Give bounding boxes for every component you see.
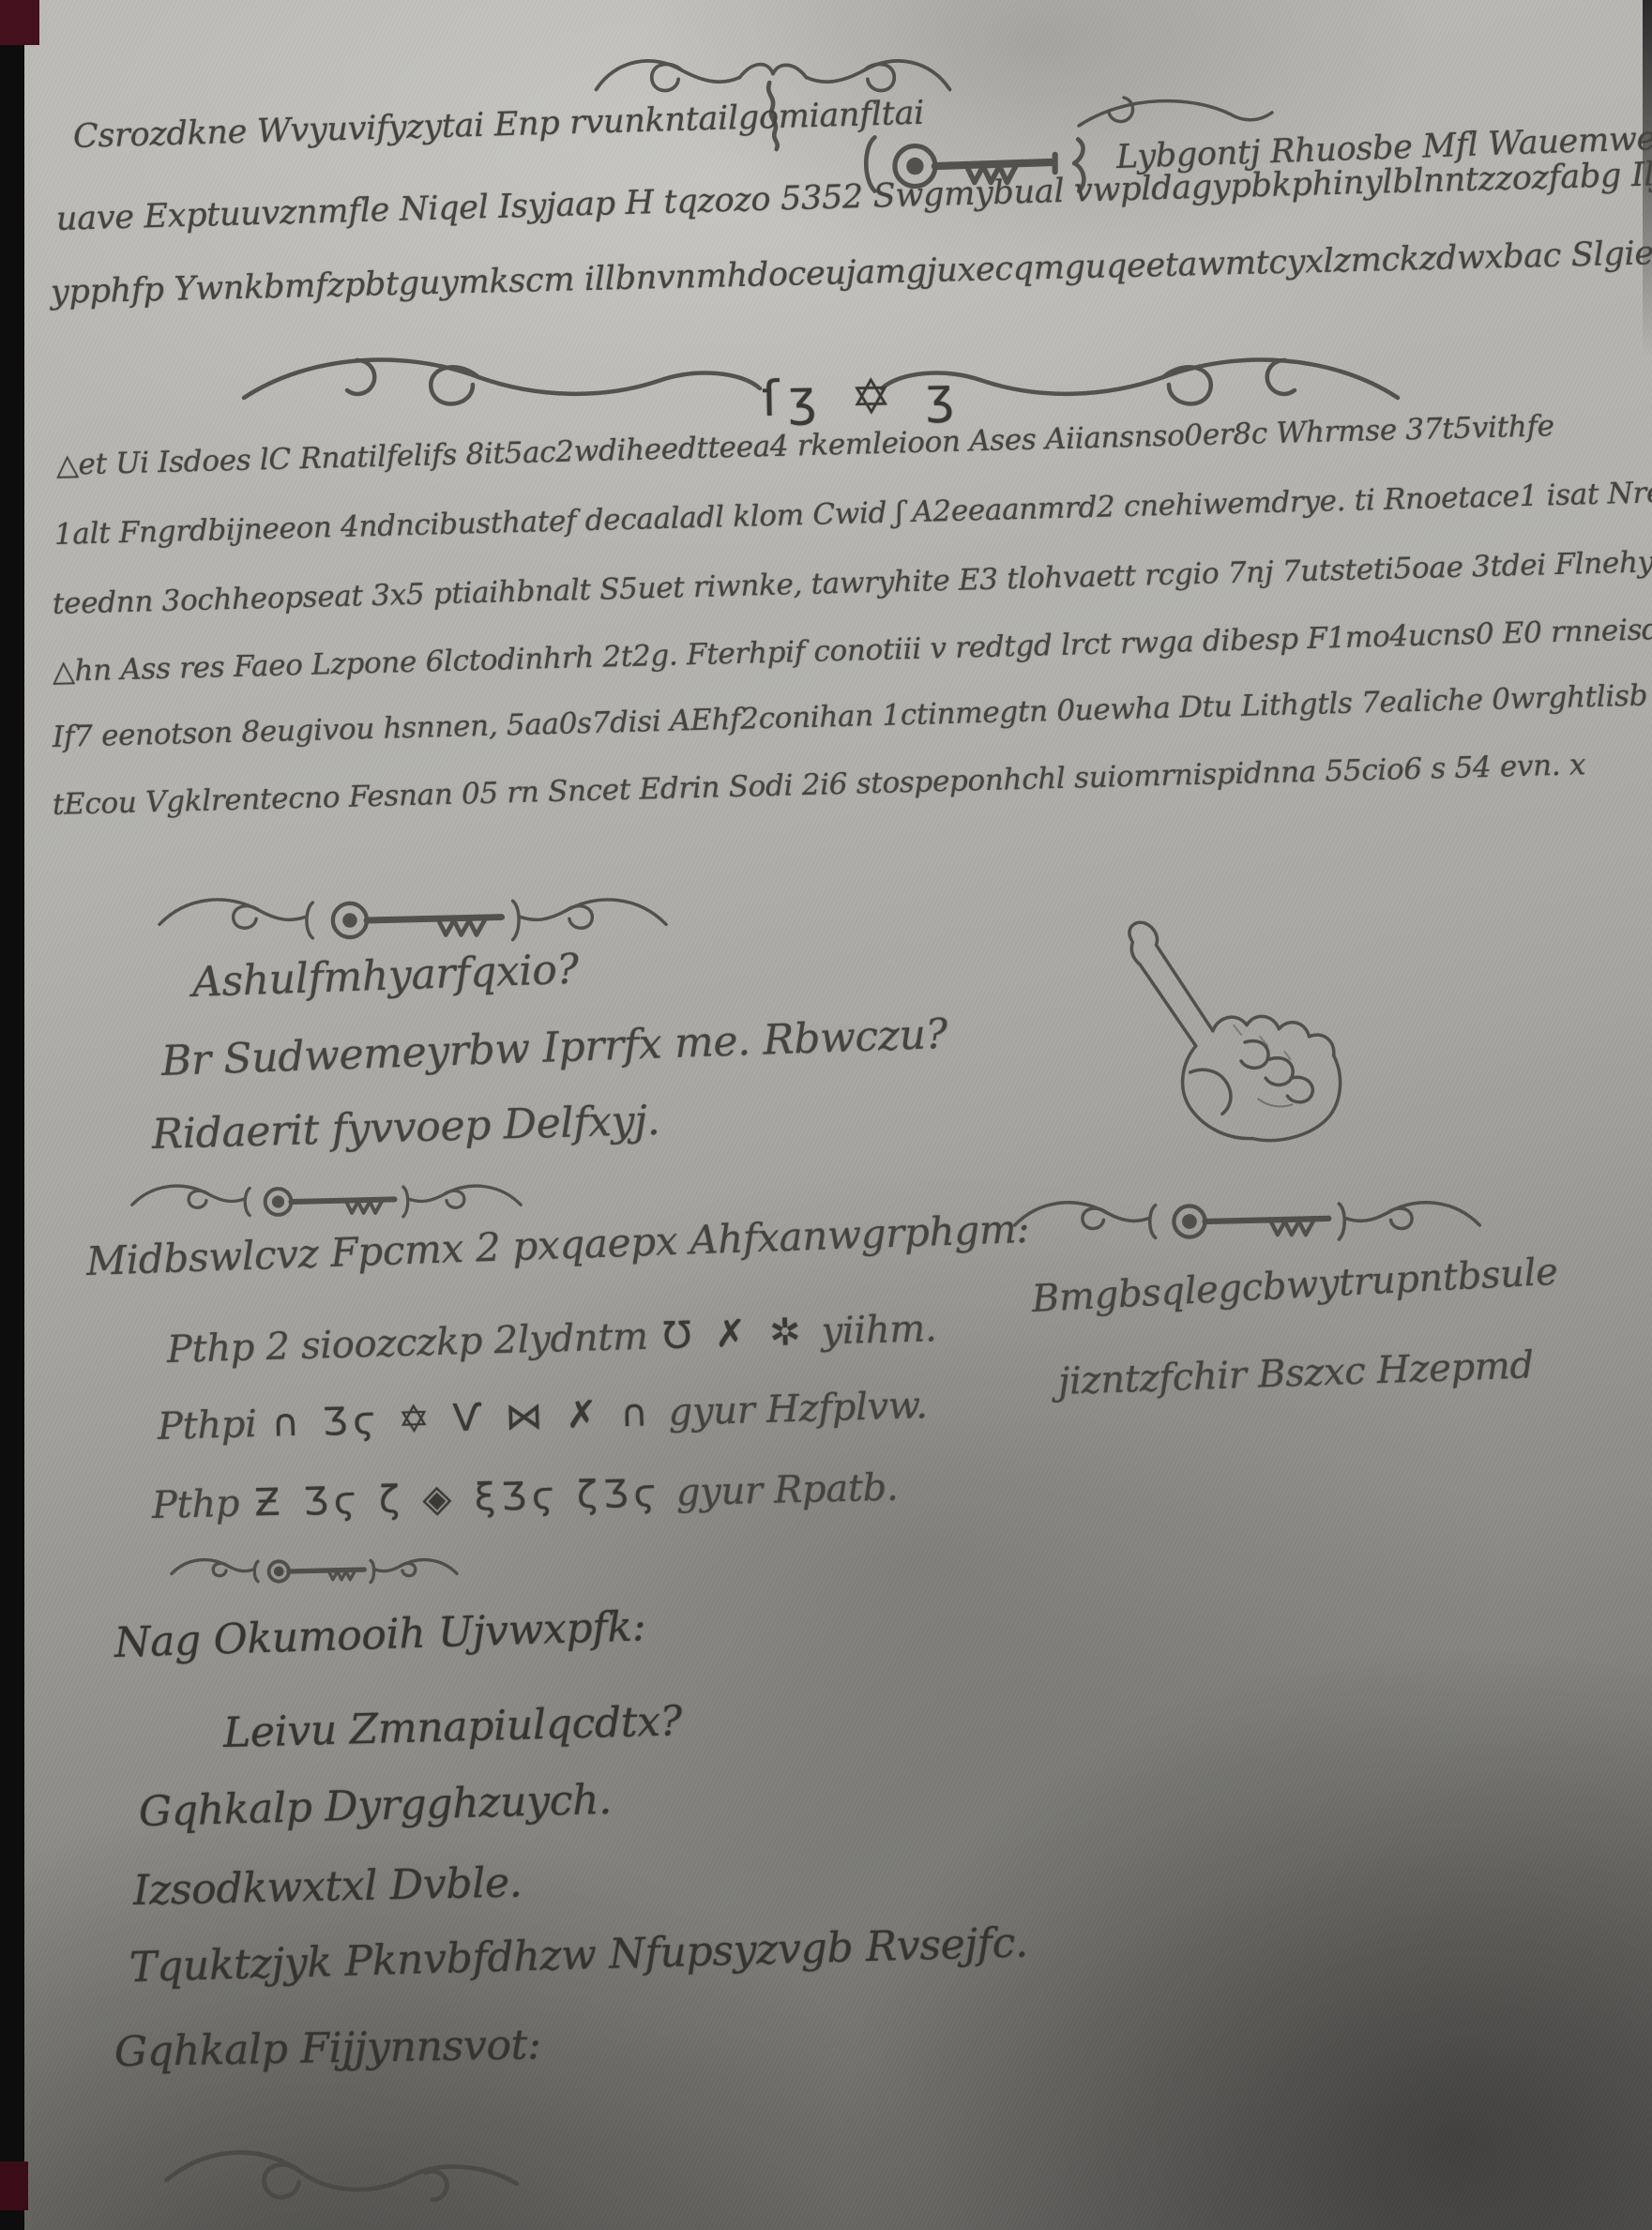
bottom-flourish-ornament: [158, 2137, 533, 2218]
key-divider-flourish: [120, 1171, 533, 1233]
key-divider-flourish: [169, 1544, 460, 1599]
cipher-line: Izsodkwxtxl Dvble.: [132, 1858, 522, 1915]
cipher-symbols: Ʊ ✗ ✲: [662, 1311, 807, 1358]
photo-edge: [0, 0, 24, 2230]
key-divider-flourish: [108, 880, 718, 961]
pointing-hand-illustration: [1079, 912, 1388, 1205]
key-divider-flourish: [1010, 1175, 1484, 1268]
corner-mark: [0, 0, 39, 45]
offer-prefix: Pthp: [151, 1482, 239, 1527]
photographed-manuscript: { "appearance": { "ink_color": "#45433f"…: [0, 0, 1652, 2230]
offer-prefix: Pthpi: [157, 1403, 257, 1449]
flourish-curl: [1071, 90, 1306, 139]
cipher-line: Gqhkalp Fijjynnsvot:: [114, 2021, 541, 2076]
corner-mark: [0, 2162, 28, 2210]
offer-suffix: gyur Rpatb.: [675, 1466, 899, 1515]
offer-suffix: gyur Hzfplvw.: [668, 1384, 928, 1434]
offer-suffix: yiihm.: [821, 1307, 937, 1353]
cipher-symbols: ſʒ ✡ ʒ: [761, 368, 963, 428]
